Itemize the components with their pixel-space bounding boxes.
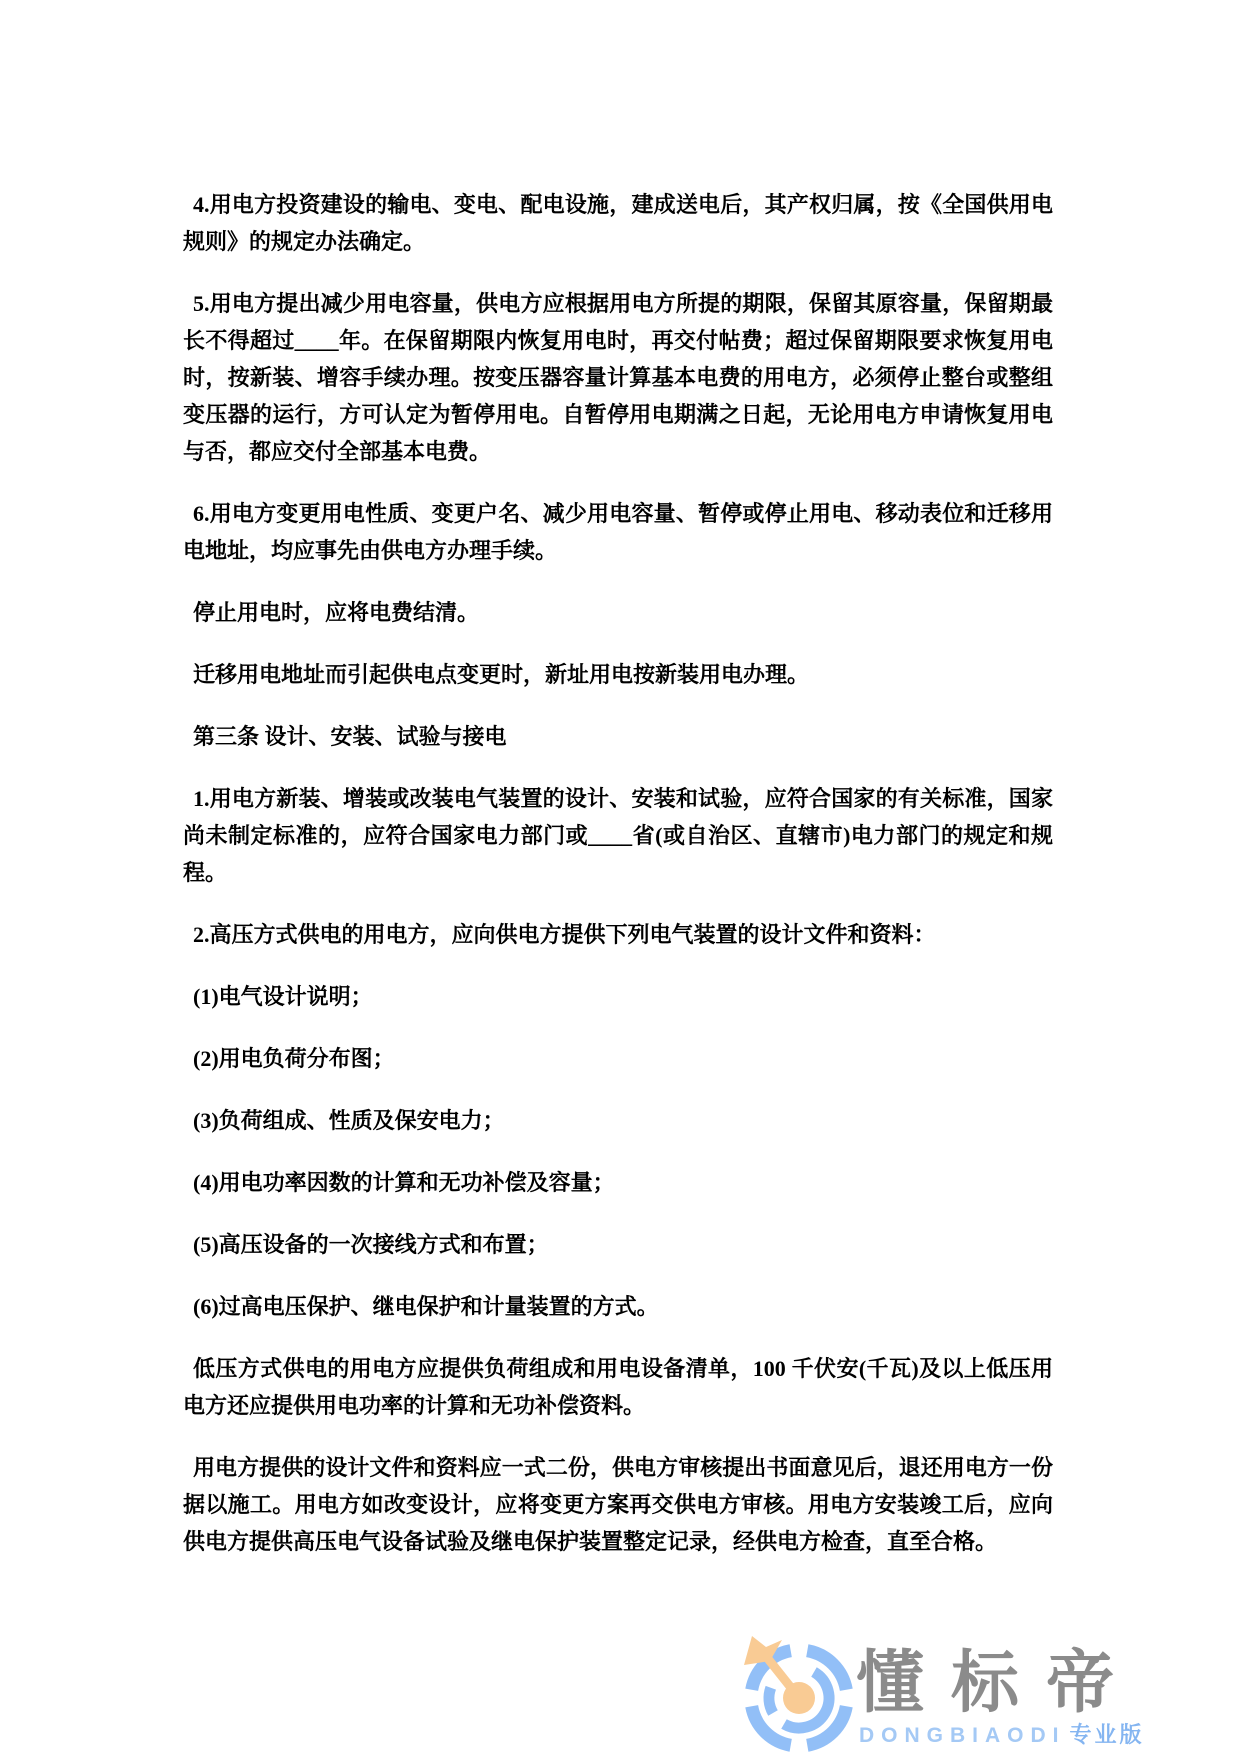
paragraph-clause-3-2: 2.高压方式供电的用电方，应向供电方提供下列电气装置的设计文件和资料： xyxy=(183,916,1053,953)
list-item-2: (2)用电负荷分布图； xyxy=(183,1040,1053,1077)
watermark-brand-en: DONGBIAODI xyxy=(859,1724,1066,1747)
document-body: 4.用电方投资建设的输电、变电、配电设施，建成送电后，其产权归属，按《全国供用电… xyxy=(183,186,1053,1585)
paragraph-clause-2-6: 6.用电方变更用电性质、变更户名、减少用电容量、暂停或停止用电、移动表位和迁移用… xyxy=(183,495,1053,569)
watermark-subline: DONGBIAODI专业版 xyxy=(859,1722,1145,1751)
paragraph-clause-2-5: 5.用电方提出减少用电容量，供电方应根据用电方所提的期限，保留其原容量，保留期最… xyxy=(183,285,1053,470)
list-item-5: (5)高压设备的一次接线方式和布置； xyxy=(183,1226,1053,1263)
paragraph-clause-2-4: 4.用电方投资建设的输电、变电、配电设施，建成送电后，其产权归属，按《全国供用电… xyxy=(183,186,1053,260)
paragraph-note-low-voltage: 低压方式供电的用电方应提供负荷组成和用电设备清单，100 千伏安(千瓦)及以上低… xyxy=(183,1350,1053,1424)
list-item-3: (3)负荷组成、性质及保安电力； xyxy=(183,1102,1053,1139)
list-item-1: (1)电气设计说明； xyxy=(183,978,1053,1015)
watermark-badge: 专业版 xyxy=(1070,1722,1145,1747)
document-page: 4.用电方投资建设的输电、变电、配电设施，建成送电后，其产权归属，按《全国供用电… xyxy=(0,0,1241,1754)
paragraph-note-stop: 停止用电时，应将电费结清。 xyxy=(183,594,1053,631)
watermark-brand-cn: 懂标帝 xyxy=(856,1645,1141,1721)
paragraph-note-design-docs: 用电方提供的设计文件和资料应一式二份，供电方审核提出书面意见后，退还用电方一份据… xyxy=(183,1449,1053,1560)
target-dart-icon xyxy=(742,1631,858,1754)
paragraph-clause-3-1: 1.用电方新装、增装或改装电气装置的设计、安装和试验，应符合国家的有关标准，国家… xyxy=(183,780,1053,891)
paragraph-note-move: 迁移用电地址而引起供电点变更时，新址用电按新装用电办理。 xyxy=(183,656,1053,693)
list-item-6: (6)过高电压保护、继电保护和计量装置的方式。 xyxy=(183,1288,1053,1325)
list-item-4: (4)用电功率因数的计算和无功补偿及容量； xyxy=(183,1164,1053,1201)
section-heading-article-3: 第三条 设计、安装、试验与接电 xyxy=(183,718,1053,755)
